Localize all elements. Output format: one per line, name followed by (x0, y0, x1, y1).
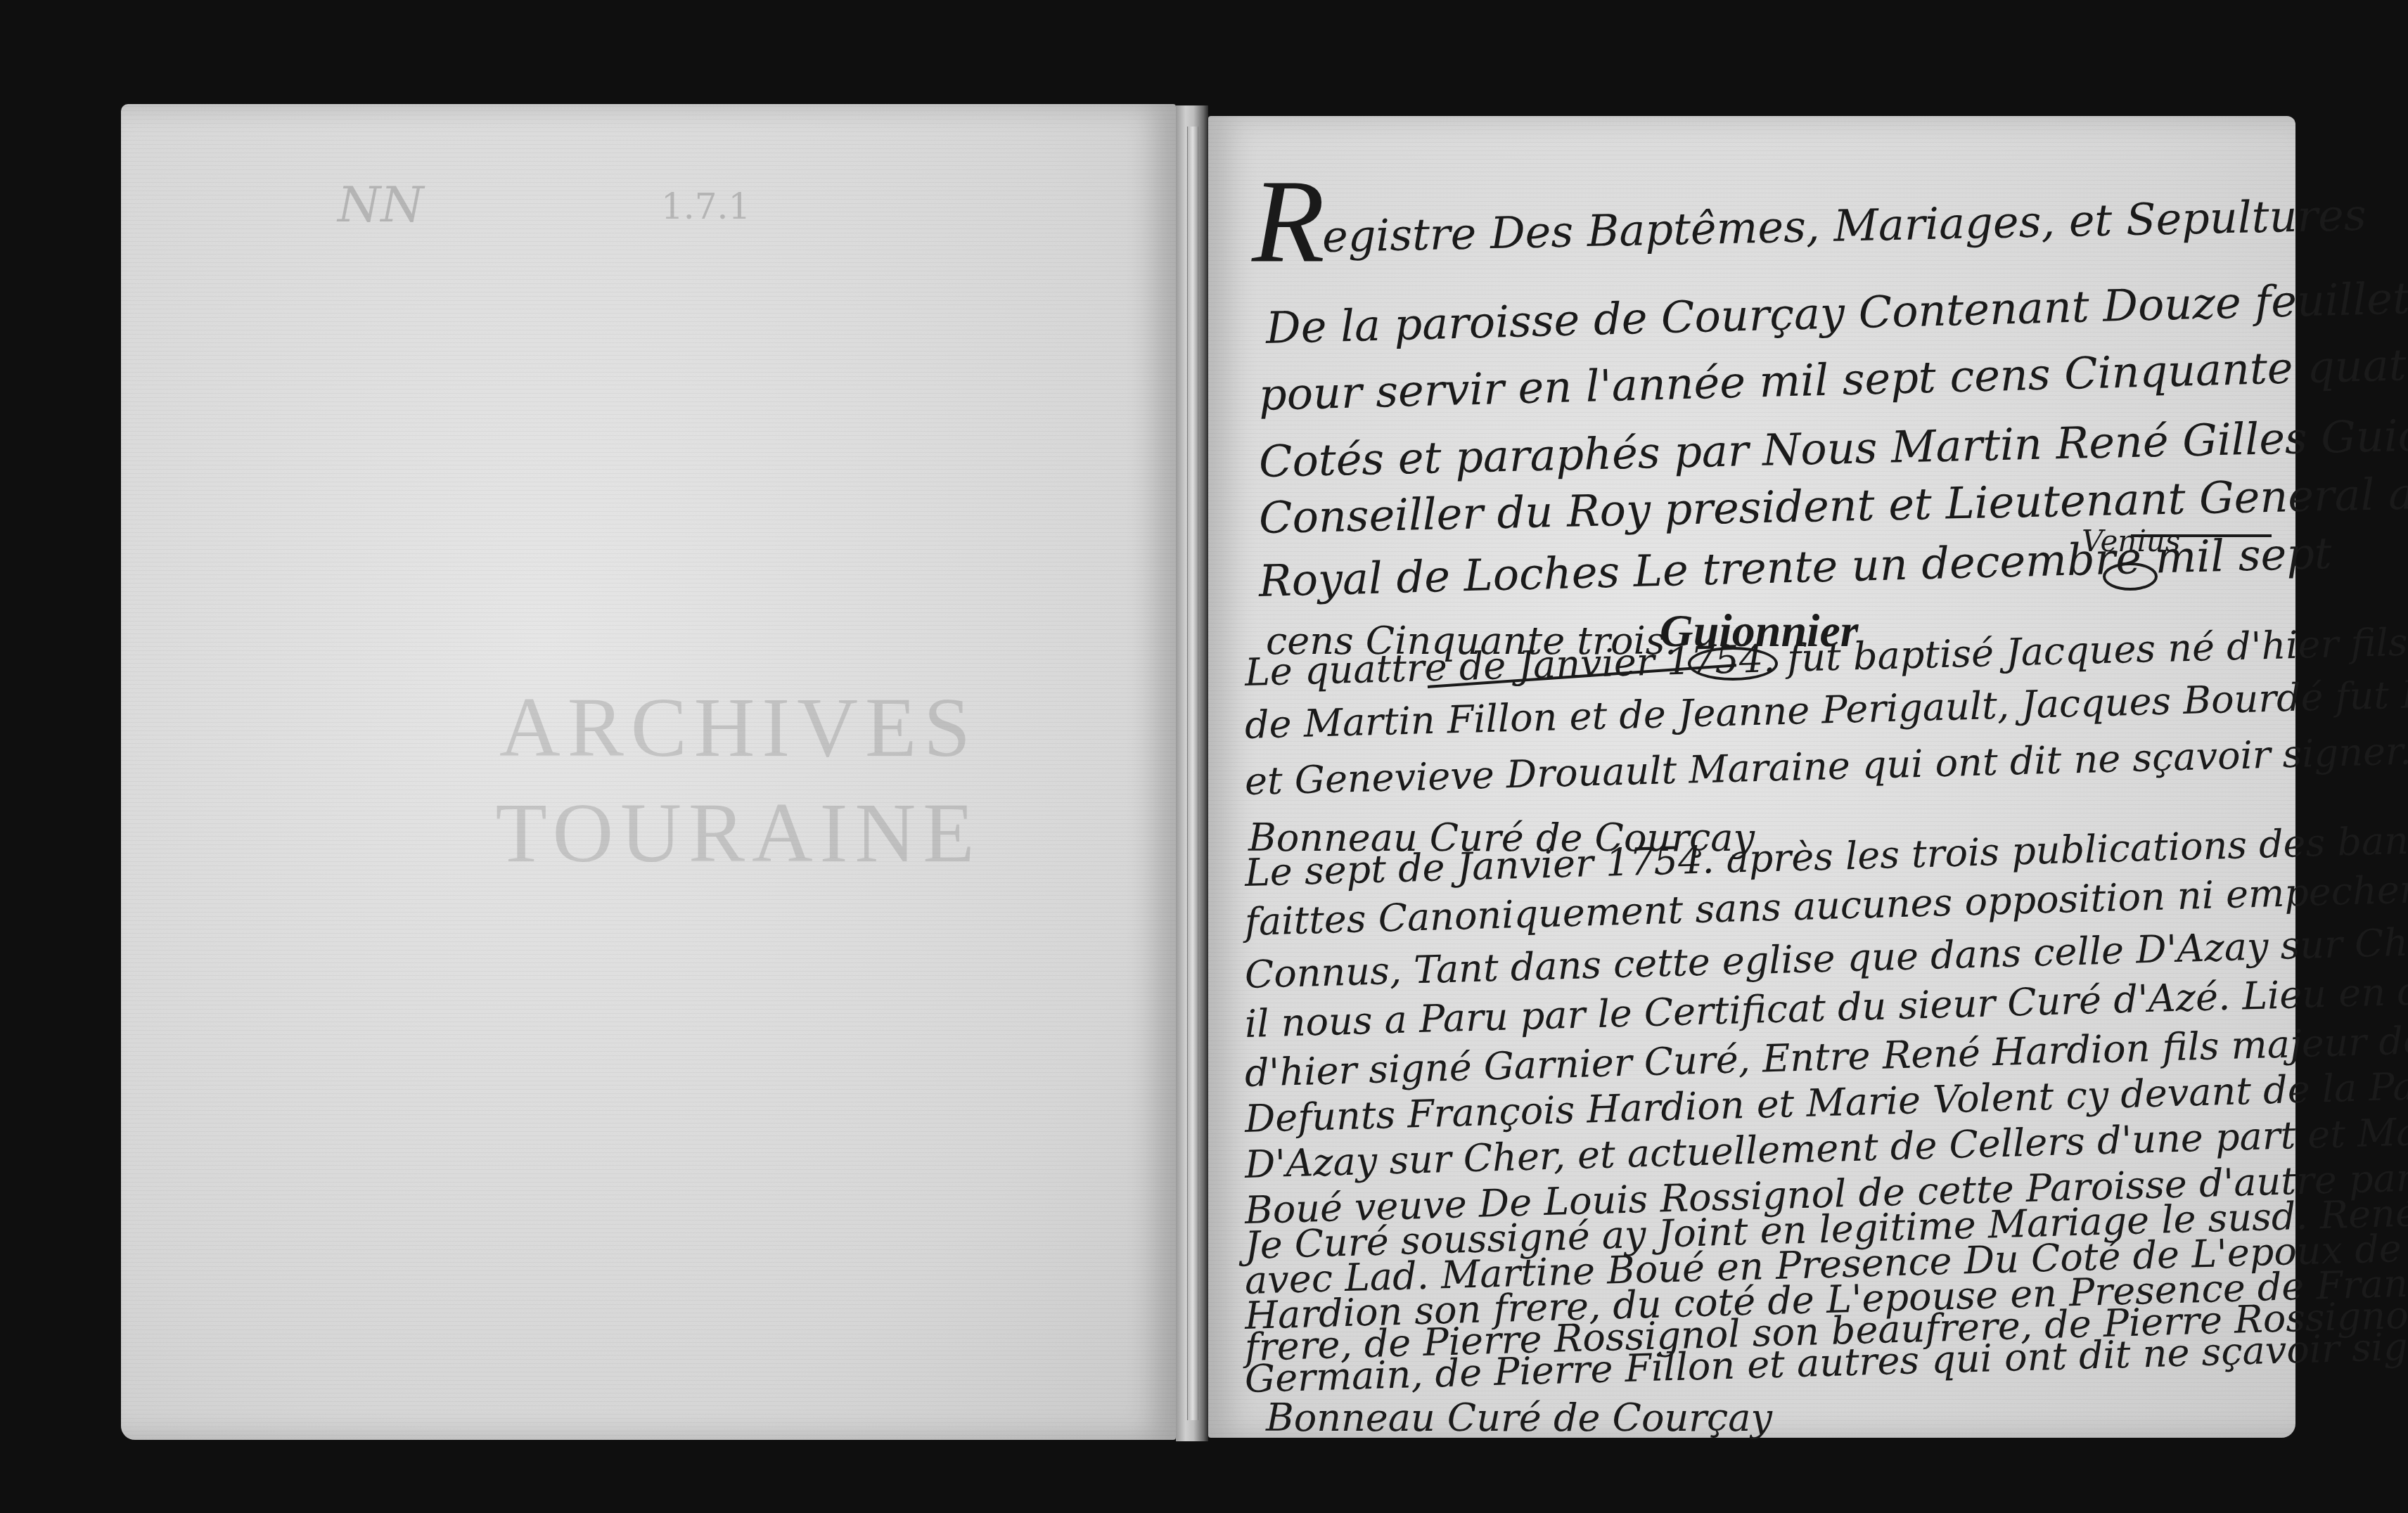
stamp-line-1: ARCHIVES (492, 675, 985, 780)
book-spread: NN 1.7.1 ARCHIVES TOURAINE R egistre Des… (0, 0, 2408, 1513)
title-right-flourish (2131, 534, 2272, 537)
side-signature-paraph (2103, 562, 2158, 591)
side-signature: Venius (2082, 524, 2180, 558)
marriage-signature: Bonneau Curé de Courçay (1266, 1396, 2307, 1440)
left-page-faint-number: 1.7.1 (661, 186, 750, 227)
left-page-ghost-stamp: ARCHIVES TOURAINE (492, 675, 985, 886)
binding-strip (1187, 127, 1198, 1420)
stamp-line-2: TOURAINE (492, 780, 985, 886)
left-page-faint-marks: NN (338, 176, 424, 233)
